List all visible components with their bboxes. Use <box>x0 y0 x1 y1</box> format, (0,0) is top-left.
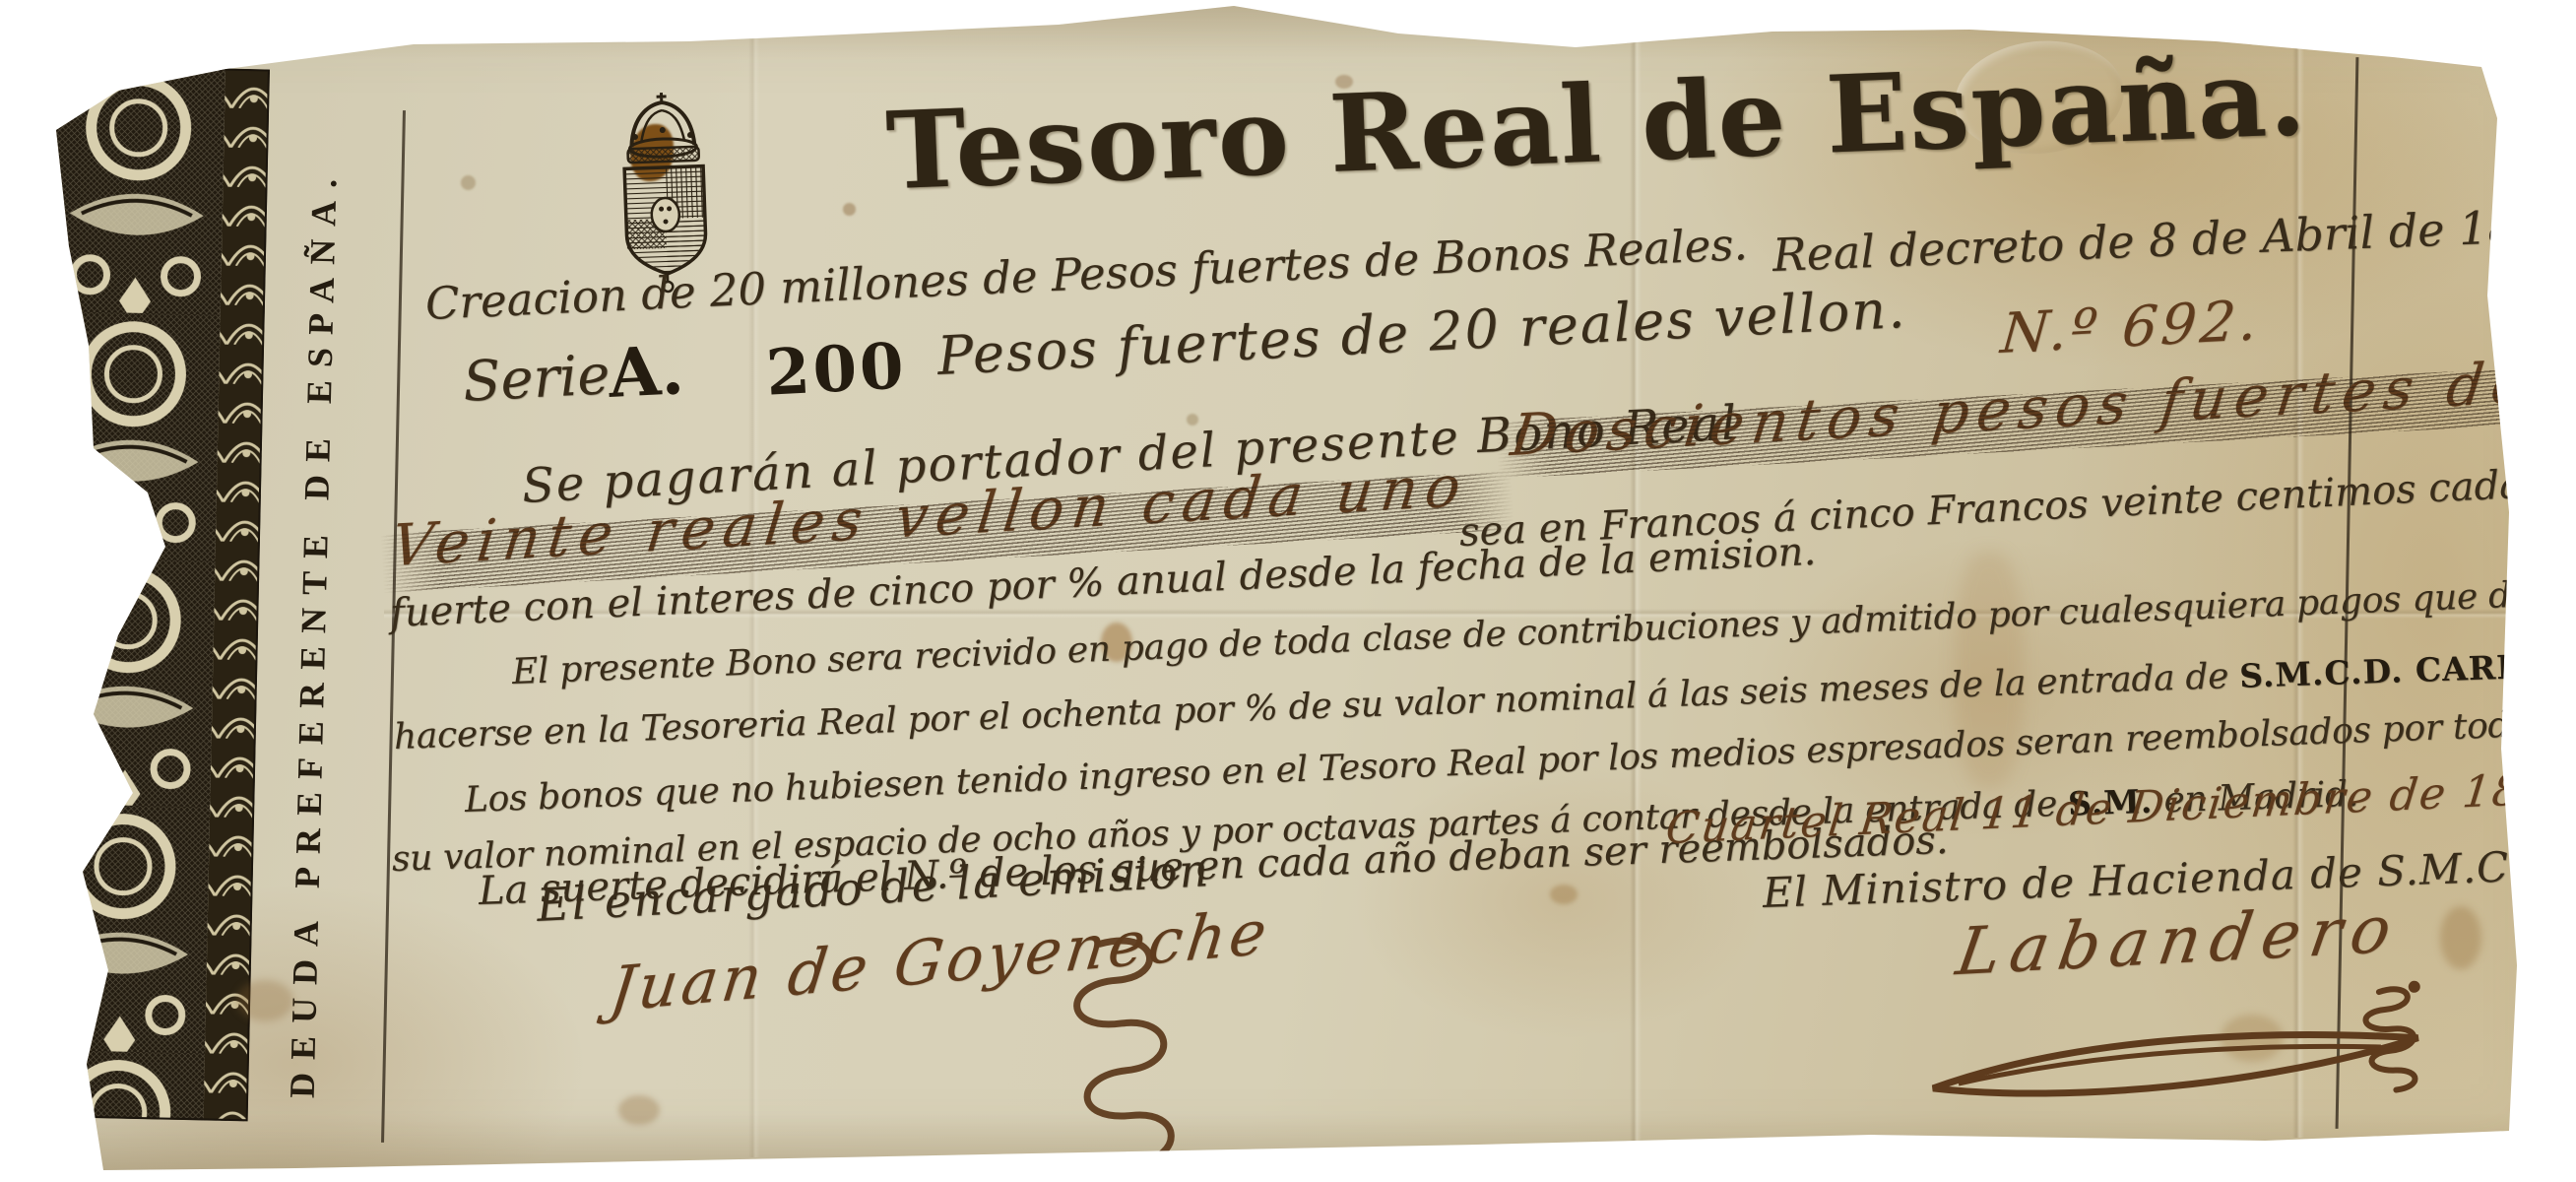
bond-document: DEUDA PREFERENTE DE ESPAÑA. <box>0 0 2576 1182</box>
crease <box>1630 20 1642 1152</box>
margin-vertical-label: DEUDA PREFERENTE DE ESPAÑA. <box>282 98 348 1099</box>
handwritten-place-date: Cuartel Real 11 de Diciembre de 1837 <box>1663 762 2576 854</box>
bond-photo: DEUDA PREFERENTE DE ESPAÑA. <box>0 0 2576 1182</box>
bond-number: N.º 692. <box>1998 289 2263 366</box>
serie-label: Serie <box>461 343 612 415</box>
document-title: Tesoro Real de España. <box>884 40 2188 215</box>
stain <box>2440 906 2481 969</box>
stain <box>1550 885 1578 904</box>
stain <box>843 203 856 216</box>
serie-letter: A. <box>607 331 686 414</box>
clause2-carlos-emphasis: S.M.C.D. CARLOS V.º <box>2239 643 2576 694</box>
issuer-signature-flourish <box>1031 933 1185 1178</box>
decree-line: Real decreto de 8 de Abril de 1837. <box>1771 197 2576 282</box>
stain <box>236 980 293 1021</box>
stain <box>618 1095 660 1125</box>
amount-value: 200 <box>764 329 908 410</box>
minister-signature-flourish <box>1916 976 2453 1133</box>
stain <box>461 175 476 190</box>
engraved-border-ornament <box>33 65 270 1121</box>
